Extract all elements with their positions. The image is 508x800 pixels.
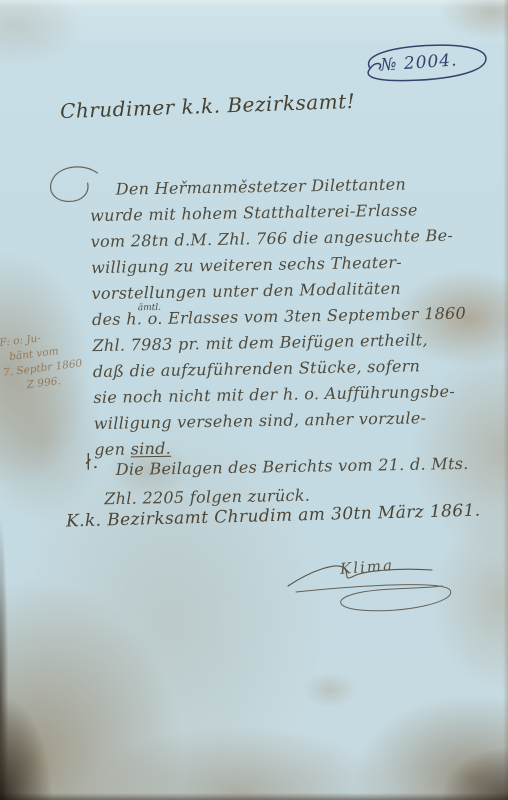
document-number-stamp: № 2004. (347, 37, 492, 89)
document-number: № 2004. (347, 37, 492, 89)
signature-name: Klima (339, 556, 394, 578)
margin-note: F: o: Ju- bänt vom 7. Septbr 1860 Z 996. (0, 324, 105, 396)
initial-flourish-icon (43, 161, 104, 214)
document-page: № 2004. Chrudimer k.k. Bezirksamt! Den H… (0, 0, 508, 800)
interlinear-insertion: ämtl. (138, 295, 162, 321)
salutation: Chrudimer k.k. Bezirksamt! (60, 89, 356, 123)
signature: Klima (282, 552, 472, 622)
paragraph-mark: ∤. (84, 452, 98, 473)
body-paragraph: Den Heřmanměstetzer Dilettanten wurde mi… (90, 171, 447, 463)
